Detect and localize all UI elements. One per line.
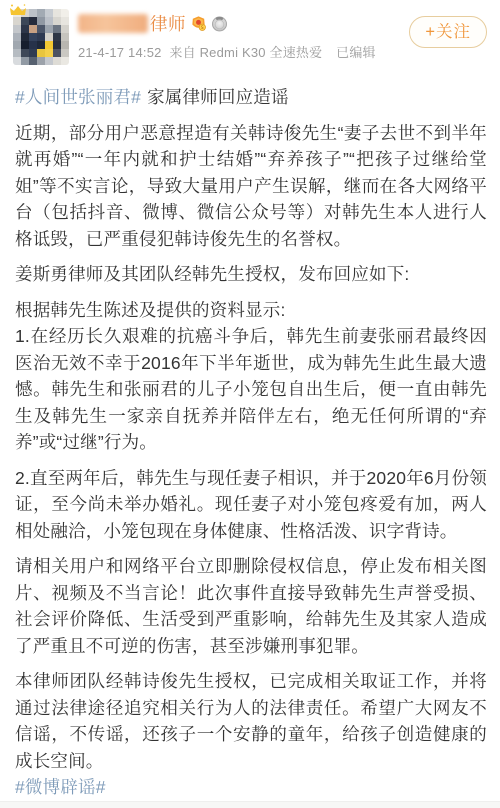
username-suffix: 律师 <box>150 11 186 36</box>
timestamp: 21-4-17 14:52 <box>78 45 162 60</box>
facts-intro: 根据韩先生陈述及提供的资料显示: <box>15 300 286 320</box>
follow-button[interactable]: +关注 <box>409 16 487 48</box>
censored-username <box>78 14 148 33</box>
post-title: #人间世张丽君#家属律师回应造谣 <box>15 84 487 111</box>
avatar[interactable] <box>13 9 69 65</box>
paragraph-demand: 请相关用户和网络平台立即删除侵权信息，停止发布相关图片、视频及不当言论！此次事件… <box>15 553 487 659</box>
paragraph-lawyer-statement: 姜斯勇律师及其团队经韩先生授权，发布回应如下: <box>15 261 487 288</box>
paragraph-facts: 根据韩先生陈述及提供的资料显示:1.在经历长久艰难的抗癌斗争后，韩先生前妻张丽君… <box>15 297 487 456</box>
paragraph-intro: 近期，部分用户恶意捏造有关韩诗俊先生“妻子去世不到半年就再婚”“一年内就和护士结… <box>15 120 487 253</box>
post-content: #人间世张丽君#家属律师回应造谣 近期，部分用户恶意捏造有关韩诗俊先生“妻子去世… <box>0 80 500 801</box>
card-separator <box>0 801 500 808</box>
footer-tag-row: #微博辟谣# <box>15 774 487 801</box>
paragraph-legal-action: 本律师团队经韩诗俊先生授权，已完成相关取证工作，并将通过法律途径追究相关行为人的… <box>15 668 487 774</box>
facts-item-1: 1.在经历长久艰难的抗癌斗争后，韩先生前妻张丽君最终因医治无效不幸于2016年下… <box>15 326 487 452</box>
debunk-hashtag-link[interactable]: #微博辟谣# <box>15 777 106 797</box>
post-meta: 21-4-17 14:52 来自 Redmi K30 全速热爱 已编辑 <box>78 42 390 61</box>
post-title-text: 家属律师回应造谣 <box>147 87 289 107</box>
author-block: 律师 S <box>78 11 390 61</box>
medal-badge-icon <box>211 15 228 32</box>
topic-hashtag-link[interactable]: #人间世张丽君# <box>15 87 141 107</box>
svg-text:S: S <box>201 25 204 31</box>
edited-label: 已编辑 <box>336 45 376 60</box>
membership-badge-icon: S <box>190 15 207 32</box>
device-source-link[interactable]: 来自 Redmi K30 全速热爱 <box>169 45 322 60</box>
weibo-post: 律师 S <box>0 0 500 801</box>
facts-item-2: 2.直至两年后，韩先生与现任妻子相识，并于2020年6月份领证，至今尚未举办婚礼… <box>15 465 487 545</box>
post-header: 律师 S <box>0 0 500 80</box>
crown-icon <box>9 4 27 18</box>
author-name[interactable]: 律师 S <box>78 11 390 35</box>
